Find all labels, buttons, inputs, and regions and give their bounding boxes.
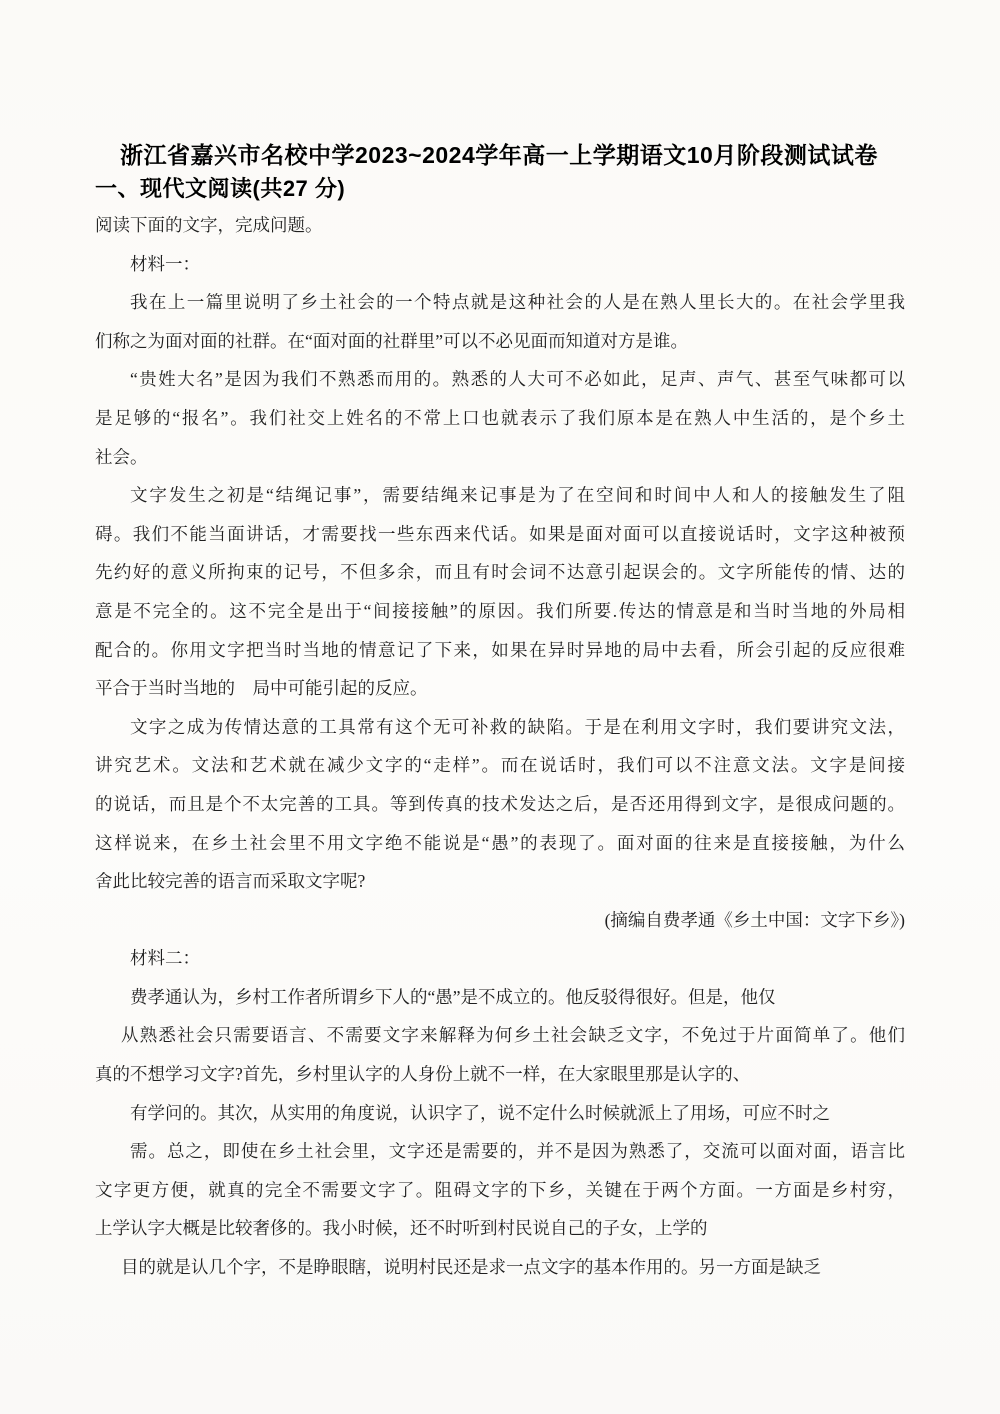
document-body: 阅读下面的文字，完成问题。材料一：我在上一篇里说明了乡土社会的一个特点就是这种社… [95, 206, 905, 1287]
material-2-label: 材料二： [95, 939, 905, 978]
instruction-line: 阅读下面的文字，完成问题。 [95, 206, 905, 245]
text-line: 费孝通认为，乡村工作者所谓乡下人的“愚”是不成立的。他反驳得很好。但是，他仅 [95, 978, 905, 1017]
text-line: 的说话，而且是个不太完善的工具。等到传真的技术发达之后，是否还用得到文字，是很成… [95, 785, 905, 824]
text-line: 社会。 [95, 438, 905, 477]
text-line: 目的就是认几个字，不是睁眼瞎，说明村民还是求一点文字的基本作用的。另一方面是缺乏 [95, 1248, 905, 1287]
attribution-line: (摘编自费孝通《乡土中国：文字下乡》) [95, 901, 905, 940]
text-line: 文字发生之初是“结绳记事”，需要结绳来记事是为了在空间和时间中人和人的接触发生了… [95, 476, 905, 515]
text-line: 讲究艺术。文法和艺术就在减少文字的“走样”。而在说话时，我们可以不注意文法。文字… [95, 746, 905, 785]
text-line: 先约好的意义所拘束的记号，不但多余，而且有时会词不达意引起误会的。文字所能传的情… [95, 553, 905, 592]
text-line: 需。总之，即使在乡土社会里，文字还是需要的，并不是因为熟悉了，交流可以面对面，语… [95, 1132, 905, 1171]
text-line: 舍此比较完善的语言而采取文字呢? [95, 862, 905, 901]
text-line: 配合的。你用文字把当时当地的情意记了下来，如果在异时异地的局中去看，所会引起的反… [95, 631, 905, 670]
text-line: “贵姓大名”是因为我们不熟悉而用的。熟悉的人大可不必如此，足声、声气、甚至气味都… [95, 360, 905, 399]
material-1-label: 材料一： [95, 245, 905, 284]
text-line: 文字更方便，就真的完全不需要文字了。阻碍文字的下乡，关键在于两个方面。一方面是乡… [95, 1171, 905, 1210]
exam-paper-page: 浙江省嘉兴市名校中学2023~2024学年高一上学期语文10月阶段测试试卷 一、… [0, 0, 1000, 1414]
text-line: 这样说来，在乡土社会里不用文字绝不能说是“愚”的表现了。面对面的往来是直接接触，… [95, 824, 905, 863]
text-line: 文字之成为传情达意的工具常有这个无可补救的缺陷。于是在利用文字时，我们要讲究文法… [95, 708, 905, 747]
text-line: 我在上一篇里说明了乡土社会的一个特点就是这种社会的人是在熟人里长大的。在社会学里… [95, 283, 905, 322]
text-line: 们称之为面对面的社群。在“面对面的社群里”可以不必见面而知道对方是谁。 [95, 322, 905, 361]
text-line: 从熟悉社会只需要语言、不需要文字来解释为何乡土社会缺乏文字，不免过于片面简单了。… [95, 1016, 905, 1055]
section-heading: 一、现代文阅读(共27 分) [95, 172, 905, 206]
text-line: 是足够的“报名”。我们社交上姓名的不常上口也就表示了我们原本是在熟人中生活的，是… [95, 399, 905, 438]
text-line: 上学认字大概是比较奢侈的。我小时候，还不时听到村民说自己的子女，上学的 [95, 1209, 905, 1248]
text-line: 平合于当时当地的 局中可能引起的反应。 [95, 669, 905, 708]
text-line: 真的不想学习文字?首先，乡村里认字的人身份上就不一样，在大家眼里那是认字的、 [95, 1055, 905, 1094]
text-line: 碍。我们不能当面讲话，才需要找一些东西来代话。如果是面对面可以直接说话时，文字这… [95, 515, 905, 554]
text-line: 意是不完全的。这不完全是出于“间接接触”的原因。我们所要.传达的情意是和当时当地… [95, 592, 905, 631]
document-title: 浙江省嘉兴市名校中学2023~2024学年高一上学期语文10月阶段测试试卷 [95, 138, 905, 172]
text-line: 有学问的。其次，从实用的角度说，认识字了，说不定什么时候就派上了用场，可应不时之 [95, 1094, 905, 1133]
